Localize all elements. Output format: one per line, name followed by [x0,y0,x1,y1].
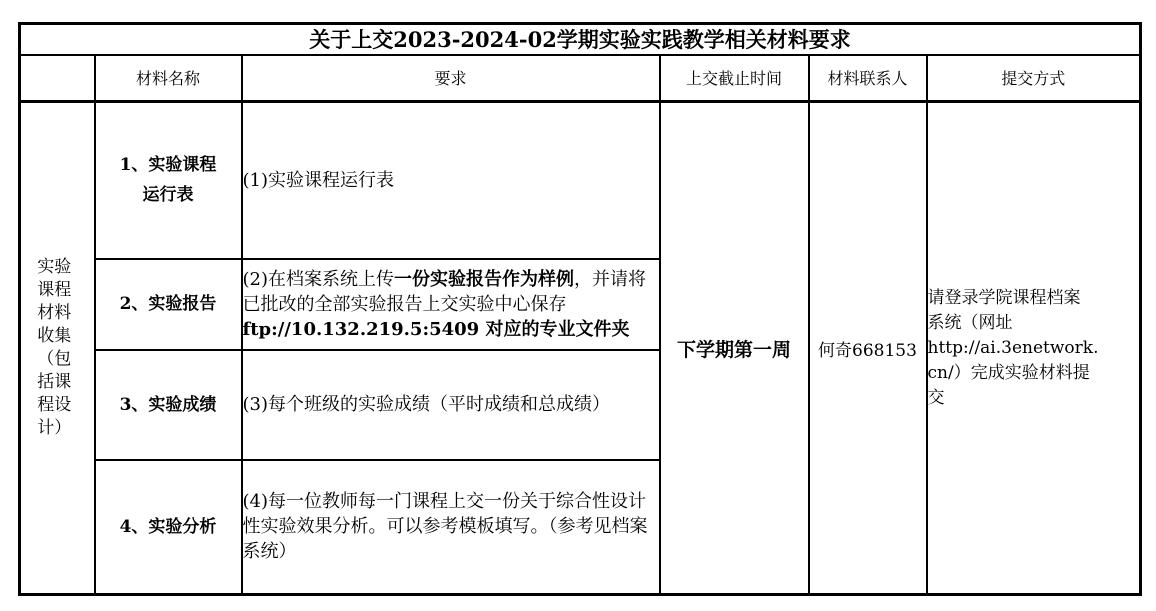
header-corner-cell [20,55,95,102]
material-name-cell-1: 1、实验课程 运行表 [95,102,242,259]
document-sheet: 关于上交2023-2024-02学期实验实践教学相关材料要求 材料名称 要求 上… [18,22,1142,596]
material-name-cell-2: 2、实验报告 [95,259,242,350]
requirement-cell-3: (3)每个班级的实验成绩（平时成绩和总成绩） [242,350,660,460]
header-submission-method: 提交方式 [927,55,1141,102]
table-row: 实验课程材料收集（包括课程设计） 1、实验课程 运行表 (1)实验课程运行表 下… [20,102,1141,259]
deadline-cell: 下学期第一周 [660,102,809,595]
category-cell: 实验课程材料收集（包括课程设计） [20,102,95,595]
requirement-cell-2: (2)在档案系统上传一份实验报告作为样例，并请将已批改的全部实验报告上交实验中心… [242,259,660,350]
category-label: 实验课程材料收集（包括课程设计） [37,256,77,440]
requirement-cell-1: (1)实验课程运行表 [242,102,660,259]
header-contact: 材料联系人 [809,55,927,102]
submission-method-cell: 请登录学院课程档案 系统（网址 http://ai.3enetwork. cn/… [927,102,1141,595]
header-material-name: 材料名称 [95,55,242,102]
header-requirement: 要求 [242,55,660,102]
materials-requirements-table: 关于上交2023-2024-02学期实验实践教学相关材料要求 材料名称 要求 上… [18,22,1142,596]
requirement-cell-4: (4)每一位教师每一门课程上交一份关于综合性设计性实验效果分析。可以参考模板填写… [242,460,660,595]
requirement-2-prefix: (2)在档案系统上传 [243,269,395,290]
table-title: 关于上交2023-2024-02学期实验实践教学相关材料要求 [20,24,1141,55]
title-row: 关于上交2023-2024-02学期实验实践教学相关材料要求 [20,24,1141,55]
header-deadline: 上交截止时间 [660,55,809,102]
requirement-2-bold-ftp-url: ftp://10.132.219.5:5409 对应的专业文件夹 [243,319,630,340]
header-row: 材料名称 要求 上交截止时间 材料联系人 提交方式 [20,55,1141,102]
contact-cell: 何奇668153 [809,102,927,595]
material-name-cell-3: 3、实验成绩 [95,350,242,460]
requirement-2-bold-sample: 一份实验报告作为样例 [394,269,574,290]
material-name-cell-4: 4、实验分析 [95,460,242,595]
